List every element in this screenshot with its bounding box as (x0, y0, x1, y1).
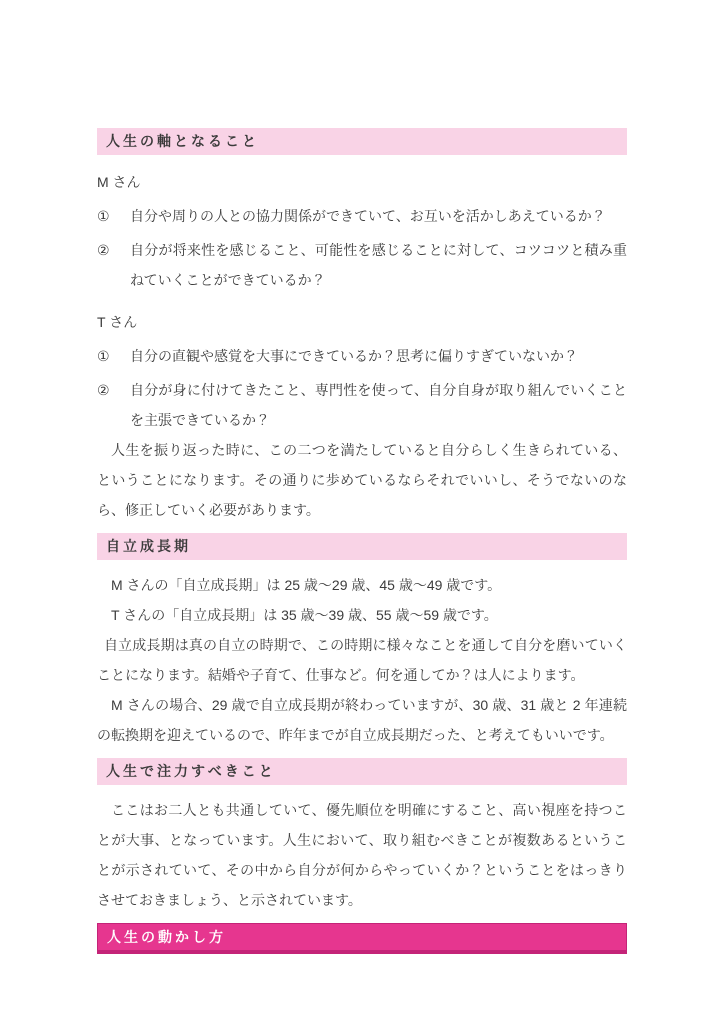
list-item-text: 自分や周りの人との協力関係ができていて、お互いを活かしあえているか？ (130, 201, 627, 231)
section-header-independent-growth: 自立成長期 (97, 533, 627, 560)
paragraph: M さんの場合、29 歳で自立成長期が終わっていますが、30 歳、31 歳と 2… (97, 690, 627, 750)
person-label-t: T さん (97, 307, 627, 337)
section-header-life-focus: 人生で注力すべきこと (97, 758, 627, 785)
document-content: 人生の軸となること M さん ① 自分や周りの人との協力関係ができていて、お互い… (97, 128, 627, 954)
paragraph: ここはお二人とも共通していて、優先順位を明確にすること、高い視座を持つことが大事… (97, 795, 627, 915)
section-title: 人生で注力すべきこと (106, 763, 276, 779)
list-item-text: 自分の直観や感覚を大事にできているか？思考に偏りすぎていないか？ (130, 341, 627, 371)
list-item-text: 自分が身に付けてきたこと、専門性を使って、自分自身が取り組んでいくことを主張でき… (130, 375, 627, 435)
section-title: 人生の動かし方 (107, 929, 226, 945)
circled-number-1: ① (97, 201, 130, 231)
section-title: 自立成長期 (106, 538, 191, 554)
list-item: ② 自分が将来性を感じること、可能性を感じることに対して、コツコツと積み重ねてい… (97, 235, 627, 295)
paragraph: M さんの「自立成長期」は 25 歳～29 歳、45 歳～49 歳です。 (97, 570, 627, 600)
list-item: ② 自分が身に付けてきたこと、専門性を使って、自分自身が取り組んでいくことを主張… (97, 375, 627, 435)
circled-number-1: ① (97, 341, 130, 371)
paragraph: 自立成長期は真の自立の時期で、この時期に様々なことを通して自分を磨いていくことに… (97, 630, 627, 690)
section-header-life-axis: 人生の軸となること (97, 128, 627, 155)
circled-number-2: ② (97, 235, 130, 295)
paragraph: 人生を振り返った時に、この二つを満たしていると自分らしく生きられている、というこ… (97, 435, 627, 525)
circled-number-2: ② (97, 375, 130, 435)
paragraph: T さんの「自立成長期」は 35 歳～39 歳、55 歳～59 歳です。 (97, 600, 627, 630)
list-item: ① 自分や周りの人との協力関係ができていて、お互いを活かしあえているか？ (97, 201, 627, 231)
list-item: ① 自分の直観や感覚を大事にできているか？思考に偏りすぎていないか？ (97, 341, 627, 371)
list-item-text: 自分が将来性を感じること、可能性を感じることに対して、コツコツと積み重ねていくこ… (130, 235, 627, 295)
document-page: 人生の軸となること M さん ① 自分や周りの人との協力関係ができていて、お互い… (0, 0, 724, 1024)
section-header-life-operation: 人生の動かし方 (97, 923, 627, 954)
person-label-m: M さん (97, 167, 627, 197)
section-title: 人生の軸となること (106, 133, 259, 149)
